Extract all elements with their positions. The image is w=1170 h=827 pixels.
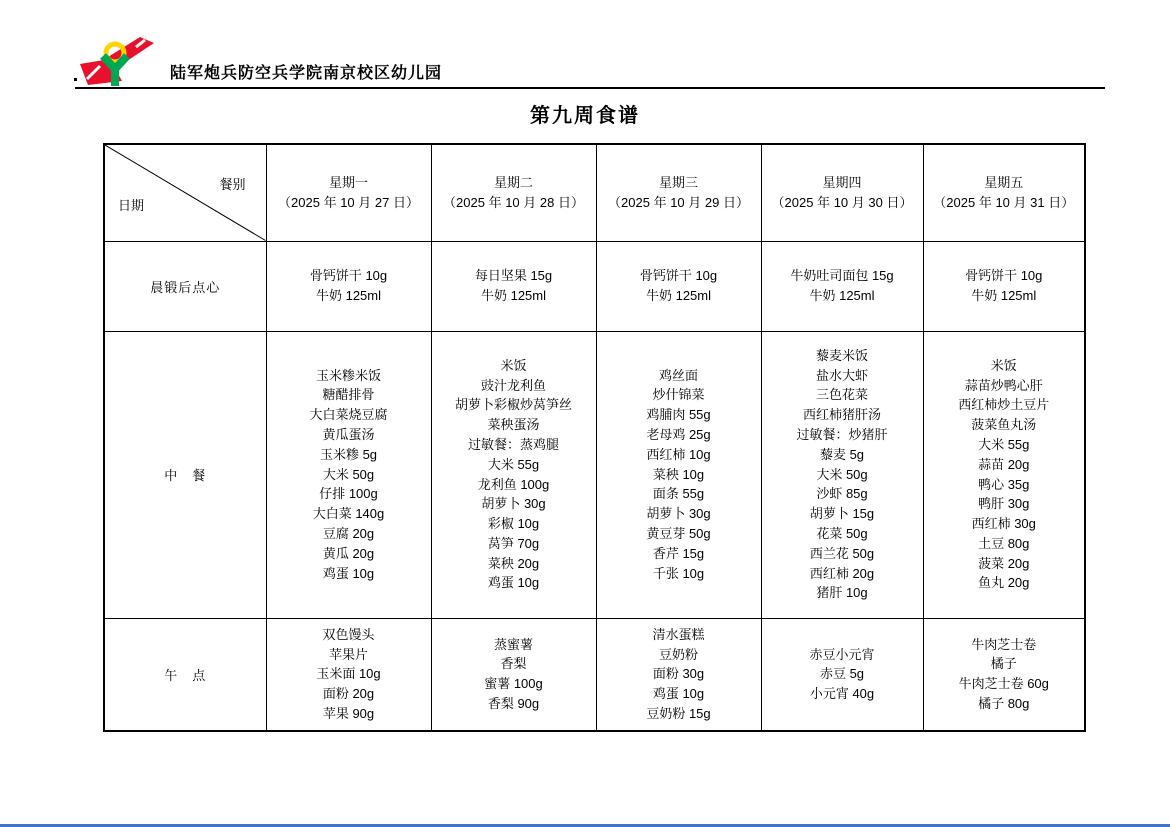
menu-line: 清水蛋糕: [599, 625, 759, 645]
menu-line: 蒜苗 20g: [926, 455, 1083, 475]
menu-cell: 清水蛋糕豆奶粉面粉 30g鸡蛋 10g豆奶粉 15g: [596, 618, 761, 731]
menu-line: 大米 50g: [764, 465, 921, 485]
menu-line: 老母鸡 25g: [599, 425, 759, 445]
day-date: （2025 年 10 月 31 日）: [926, 193, 1083, 213]
menu-line: 沙虾 85g: [764, 484, 921, 504]
meal-label: 午 点: [104, 618, 266, 731]
menu-line: 黄瓜蛋汤: [269, 425, 429, 445]
menu-line: 牛奶 125ml: [764, 286, 921, 306]
menu-line: 橘子 80g: [926, 694, 1083, 714]
day-date: （2025 年 10 月 30 日）: [764, 193, 921, 213]
menu-line: 赤豆 5g: [764, 664, 921, 684]
menu-line: 大米 55g: [434, 455, 594, 475]
menu-line: 黄瓜 20g: [269, 544, 429, 564]
menu-line: 小元宵 40g: [764, 684, 921, 704]
menu-line: 大白菜烧豆腐: [269, 405, 429, 425]
menu-line: 西兰花 50g: [764, 544, 921, 564]
menu-line: 鸭肝 30g: [926, 494, 1083, 514]
menu-line: 面条 55g: [599, 484, 759, 504]
table-row: 中 餐玉米糁米饭糖醋排骨大白菜烧豆腐黄瓜蛋汤玉米糁 5g大米 50g仔排 100…: [104, 331, 1085, 618]
menu-line: 鸡蛋 10g: [269, 564, 429, 584]
table-header-row: 餐别 日期 星期一（2025 年 10 月 27 日）星期二（2025 年 10…: [104, 144, 1085, 241]
school-logo-icon: [74, 33, 162, 87]
table-row: 晨锻后点心骨钙饼干 10g牛奶 125ml每日坚果 15g牛奶 125ml骨钙饼…: [104, 241, 1085, 331]
menu-line: 面粉 30g: [599, 664, 759, 684]
menu-cell: 双色馒头苹果片玉米面 10g面粉 20g苹果 90g: [266, 618, 431, 731]
corner-meal-label: 餐别: [219, 174, 245, 193]
menu-line: 菠菜鱼丸汤: [926, 415, 1083, 435]
menu-cell: 蒸蜜薯香梨蜜薯 100g香梨 90g: [431, 618, 596, 731]
menu-line: 面粉 20g: [269, 684, 429, 704]
day-label: 星期二: [434, 173, 594, 193]
menu-cell: 藜麦米饭盐水大虾三色花菜西红柿猪肝汤过敏餐：炒猪肝藜麦 5g大米 50g沙虾 8…: [761, 331, 923, 618]
menu-cell: 玉米糁米饭糖醋排骨大白菜烧豆腐黄瓜蛋汤玉米糁 5g大米 50g仔排 100g大白…: [266, 331, 431, 618]
menu-line: 苹果片: [269, 645, 429, 665]
menu-line: 鸡蛋 10g: [599, 684, 759, 704]
header-divider: [75, 87, 1105, 89]
menu-line: 鸭心 35g: [926, 475, 1083, 495]
menu-line: 米饭: [926, 356, 1083, 376]
menu-line: 骨钙饼干 10g: [269, 266, 429, 286]
menu-cell: 米饭豉汁龙利鱼胡萝卜彩椒炒莴笋丝菜秧蛋汤过敏餐：蒸鸡腿大米 55g龙利鱼 100…: [431, 331, 596, 618]
menu-line: 土豆 80g: [926, 534, 1083, 554]
menu-line: 鸡蛋 10g: [434, 573, 594, 593]
menu-line: 胡萝卜彩椒炒莴笋丝: [434, 395, 594, 415]
menu-line: 三色花菜: [764, 385, 921, 405]
menu-line: 豆奶粉 15g: [599, 704, 759, 724]
menu-line: 西红柿炒土豆片: [926, 395, 1083, 415]
menu-line: 蒸蜜薯: [434, 635, 594, 655]
menu-cell: 骨钙饼干 10g牛奶 125ml: [923, 241, 1085, 331]
menu-line: 玉米糁 5g: [269, 445, 429, 465]
menu-cell: 骨钙饼干 10g牛奶 125ml: [266, 241, 431, 331]
day-date: （2025 年 10 月 28 日）: [434, 193, 594, 213]
menu-cell: 每日坚果 15g牛奶 125ml: [431, 241, 596, 331]
menu-line: 玉米糁米饭: [269, 366, 429, 386]
menu-line: 藜麦米饭: [764, 346, 921, 366]
menu-cell: 牛肉芝士卷橘子牛肉芝士卷 60g橘子 80g: [923, 618, 1085, 731]
menu-line: 千张 10g: [599, 564, 759, 584]
menu-line: 胡萝卜 30g: [599, 504, 759, 524]
menu-line: 彩椒 10g: [434, 514, 594, 534]
menu-line: 苹果 90g: [269, 704, 429, 724]
menu-line: 大白菜 140g: [269, 504, 429, 524]
menu-line: 豆腐 20g: [269, 524, 429, 544]
menu-line: 菜秧 10g: [599, 465, 759, 485]
page-title: 第九周食谱: [0, 99, 1170, 128]
day-header: 星期四（2025 年 10 月 30 日）: [761, 144, 923, 241]
menu-line: 鱼丸 20g: [926, 573, 1083, 593]
school-name: 陆军炮兵防空兵学院南京校区幼儿园: [170, 60, 442, 83]
menu-line: 牛奶 125ml: [434, 286, 594, 306]
menu-line: 牛奶 125ml: [926, 286, 1083, 306]
document-page: 陆军炮兵防空兵学院南京校区幼儿园 第九周食谱 餐别 日期 星期一（2025 年 …: [0, 0, 1170, 827]
menu-line: 牛肉芝士卷: [926, 635, 1083, 655]
menu-cell: 赤豆小元宵赤豆 5g小元宵 40g: [761, 618, 923, 731]
day-label: 星期一: [269, 173, 429, 193]
menu-line: 糖醋排骨: [269, 385, 429, 405]
meal-label: 晨锻后点心: [104, 241, 266, 331]
menu-line: 龙利鱼 100g: [434, 475, 594, 495]
day-header: 星期五（2025 年 10 月 31 日）: [923, 144, 1085, 241]
menu-line: 大米 55g: [926, 435, 1083, 455]
day-header: 星期二（2025 年 10 月 28 日）: [431, 144, 596, 241]
day-label: 星期三: [599, 173, 759, 193]
menu-line: 西红柿猪肝汤: [764, 405, 921, 425]
menu-cell: 牛奶吐司面包 15g牛奶 125ml: [761, 241, 923, 331]
menu-line: 玉米面 10g: [269, 664, 429, 684]
menu-line: 菠菜 20g: [926, 554, 1083, 574]
day-header: 星期三（2025 年 10 月 29 日）: [596, 144, 761, 241]
day-label: 星期五: [926, 173, 1083, 193]
menu-line: 莴笋 70g: [434, 534, 594, 554]
menu-line: 炒什锦菜: [599, 385, 759, 405]
menu-line: 豆奶粉: [599, 645, 759, 665]
menu-line: 大米 50g: [269, 465, 429, 485]
table-row: 午 点双色馒头苹果片玉米面 10g面粉 20g苹果 90g蒸蜜薯香梨蜜薯 100…: [104, 618, 1085, 731]
menu-line: 牛肉芝士卷 60g: [926, 674, 1083, 694]
menu-line: 鸡脯肉 55g: [599, 405, 759, 425]
menu-line: 胡萝卜 15g: [764, 504, 921, 524]
corner-date-label: 日期: [118, 195, 144, 214]
menu-line: 盐水大虾: [764, 366, 921, 386]
day-date: （2025 年 10 月 27 日）: [269, 193, 429, 213]
menu-line: 香芹 15g: [599, 544, 759, 564]
menu-cell: 骨钙饼干 10g牛奶 125ml: [596, 241, 761, 331]
menu-line: 双色馒头: [269, 625, 429, 645]
meal-label: 中 餐: [104, 331, 266, 618]
menu-line: 赤豆小元宵: [764, 645, 921, 665]
menu-line: 每日坚果 15g: [434, 266, 594, 286]
menu-line: 米饭: [434, 356, 594, 376]
day-header: 星期一（2025 年 10 月 27 日）: [266, 144, 431, 241]
menu-line: 黄豆芽 50g: [599, 524, 759, 544]
menu-line: 胡萝卜 30g: [434, 494, 594, 514]
menu-line: 牛奶 125ml: [599, 286, 759, 306]
menu-line: 豉汁龙利鱼: [434, 376, 594, 396]
menu-line: 菜秧 20g: [434, 554, 594, 574]
menu-line: 蒜苗炒鸭心肝: [926, 376, 1083, 396]
menu-line: 橘子: [926, 654, 1083, 674]
menu-cell: 米饭蒜苗炒鸭心肝西红柿炒土豆片菠菜鱼丸汤大米 55g蒜苗 20g鸭心 35g鸭肝…: [923, 331, 1085, 618]
menu-line: 菜秧蛋汤: [434, 415, 594, 435]
menu-line: 西红柿 20g: [764, 564, 921, 584]
menu-line: 牛奶吐司面包 15g: [764, 266, 921, 286]
menu-line: 藜麦 5g: [764, 445, 921, 465]
menu-line: 仔排 100g: [269, 484, 429, 504]
menu-line: 过敏餐：炒猪肝: [764, 425, 921, 445]
menu-line: 花菜 50g: [764, 524, 921, 544]
menu-line: 骨钙饼干 10g: [599, 266, 759, 286]
menu-line: 鸡丝面: [599, 366, 759, 386]
menu-line: 香梨 90g: [434, 694, 594, 714]
menu-line: 西红柿 30g: [926, 514, 1083, 534]
menu-cell: 鸡丝面炒什锦菜鸡脯肉 55g老母鸡 25g西红柿 10g菜秧 10g面条 55g…: [596, 331, 761, 618]
menu-line: 猪肝 10g: [764, 583, 921, 603]
menu-line: 蜜薯 100g: [434, 674, 594, 694]
day-label: 星期四: [764, 173, 921, 193]
menu-line: 骨钙饼干 10g: [926, 266, 1083, 286]
day-date: （2025 年 10 月 29 日）: [599, 193, 759, 213]
menu-line: 香梨: [434, 654, 594, 674]
menu-line: 牛奶 125ml: [269, 286, 429, 306]
menu-line: 西红柿 10g: [599, 445, 759, 465]
corner-cell: 餐别 日期: [104, 144, 266, 241]
menu-line: 过敏餐：蒸鸡腿: [434, 435, 594, 455]
menu-table: 餐别 日期 星期一（2025 年 10 月 27 日）星期二（2025 年 10…: [103, 143, 1086, 732]
